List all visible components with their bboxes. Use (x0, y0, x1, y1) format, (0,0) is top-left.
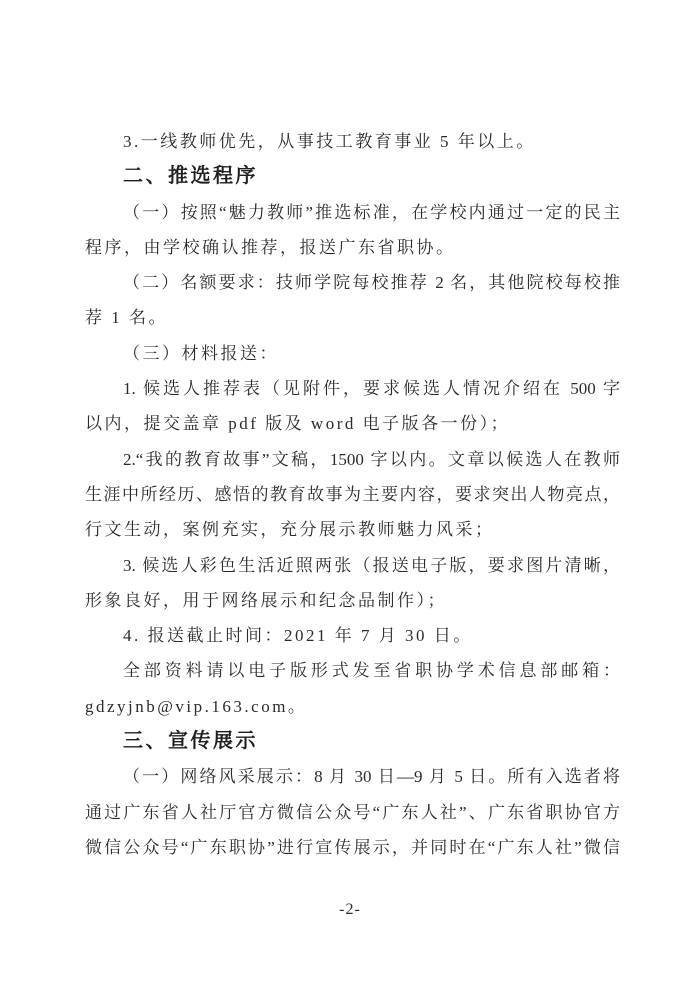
text-line: 3. 候选人彩色生活近照两张（报送电子版，要求图片清晰， (85, 548, 620, 583)
text-line: 2.“我的教育故事”文稿，1500 字以内。文章以候选人在教师 (85, 442, 620, 477)
text-line: （一）网络风采展示：8 月 30 日—9 月 5 日。所有入选者将 (85, 759, 620, 794)
text-line: 3.一线教师优先，从事技工教育事业 5 年以上。 (85, 124, 620, 159)
text-line: 形象良好，用于网络展示和纪念品制作）； (85, 583, 620, 618)
text-line: 以内，提交盖章 pdf 版及 word 电子版各一份）； (85, 406, 620, 441)
text-line: 全部资料请以电子版形式发至省职协学术信息部邮箱： (85, 653, 620, 688)
text-line: 荐 1 名。 (85, 300, 620, 335)
text-line: 微信公众号“广东职协”进行宣传展示，并同时在“广东人社”微信 (85, 830, 620, 865)
text-line: gdzyjnb@vip.163.com。 (85, 689, 620, 724)
document-body: 3.一线教师优先，从事技工教育事业 5 年以上。二、推选程序（一）按照“魅力教师… (85, 124, 620, 865)
text-line: 通过广东省人社厅官方微信公众号“广东人社”、广东省职协官方 (85, 795, 620, 830)
text-line: 行文生动，案例充实，充分展示教师魅力风采； (85, 512, 620, 547)
text-line: 生涯中所经历、感悟的教育故事为主要内容，要求突出人物亮点， (85, 477, 620, 512)
text-line: 4. 报送截止时间：2021 年 7 月 30 日。 (85, 618, 620, 653)
text-line: 1. 候选人推荐表（见附件，要求候选人情况介绍在 500 字 (85, 371, 620, 406)
text-line: （二）名额要求：技师学院每校推荐 2 名，其他院校每校推 (85, 265, 620, 300)
document-page: 3.一线教师优先，从事技工教育事业 5 年以上。二、推选程序（一）按照“魅力教师… (0, 0, 700, 990)
text-line: （一）按照“魅力教师”推选标准，在学校内通过一定的民主 (85, 195, 620, 230)
text-line: 程序，由学校确认推荐，报送广东省职协。 (85, 230, 620, 265)
text-line: （三）材料报送： (85, 336, 620, 371)
text-line: 三、宣传展示 (85, 724, 620, 759)
text-line: 二、推选程序 (85, 159, 620, 194)
page-number: -2- (0, 901, 700, 919)
